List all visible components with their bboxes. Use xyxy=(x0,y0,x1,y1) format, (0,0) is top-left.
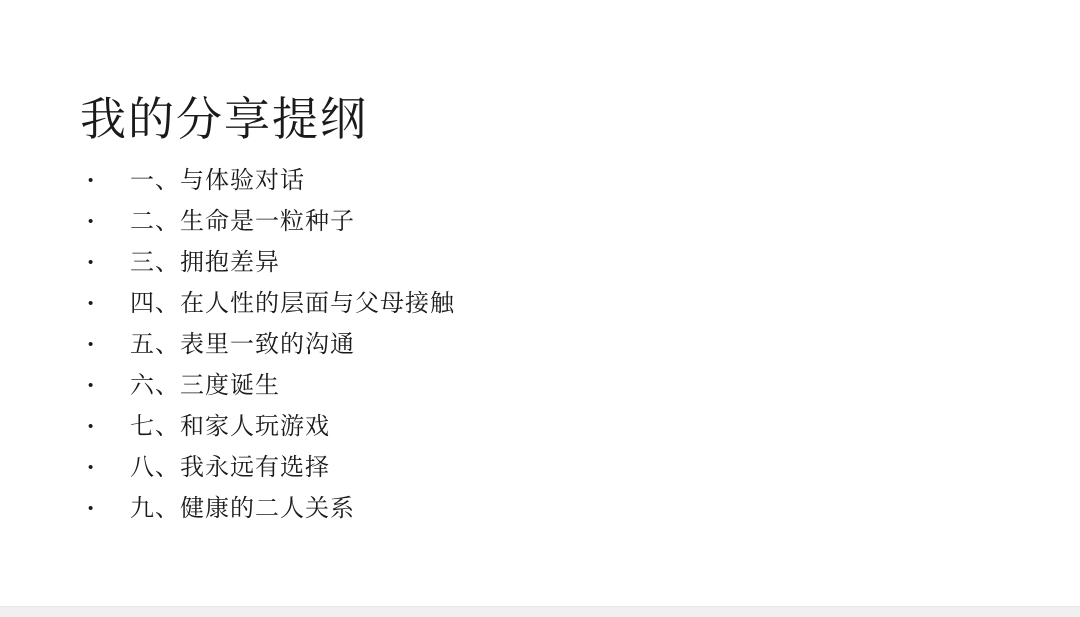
list-item-text: 九、健康的二人关系 xyxy=(130,488,355,529)
list-item-text: 八、我永远有选择 xyxy=(130,447,330,488)
slide-title: 我的分享提纲 xyxy=(80,83,368,149)
list-item: • 二、生命是一粒种子 xyxy=(88,201,455,242)
outline-list: • 一、与体验对话 • 二、生命是一粒种子 • 三、拥抱差异 • 四、在人性的层… xyxy=(88,160,455,529)
list-item: • 七、和家人玩游戏 xyxy=(88,406,455,447)
list-item: • 八、我永远有选择 xyxy=(88,447,455,488)
bullet-icon: • xyxy=(88,242,98,283)
bullet-icon: • xyxy=(88,283,98,324)
bullet-icon: • xyxy=(88,365,98,406)
list-item-text: 一、与体验对话 xyxy=(130,160,305,201)
bullet-icon: • xyxy=(88,406,98,447)
bullet-icon: • xyxy=(88,488,98,529)
bullet-icon: • xyxy=(88,160,98,201)
bullet-icon: • xyxy=(88,201,98,242)
list-item-text: 二、生命是一粒种子 xyxy=(130,201,355,242)
bullet-icon: • xyxy=(88,324,98,365)
list-item: • 四、在人性的层面与父母接触 xyxy=(88,283,455,324)
list-item: • 三、拥抱差异 xyxy=(88,242,455,283)
list-item: • 一、与体验对话 xyxy=(88,160,455,201)
list-item-text: 七、和家人玩游戏 xyxy=(130,406,330,447)
bottom-edge-strip xyxy=(0,606,1080,617)
list-item-text: 三、拥抱差异 xyxy=(130,242,280,283)
list-item: • 五、表里一致的沟通 xyxy=(88,324,455,365)
list-item-text: 四、在人性的层面与父母接触 xyxy=(130,283,455,324)
slide-canvas: 我的分享提纲 • 一、与体验对话 • 二、生命是一粒种子 • 三、拥抱差异 • … xyxy=(0,0,1080,606)
list-item-text: 六、三度诞生 xyxy=(130,365,280,406)
list-item-text: 五、表里一致的沟通 xyxy=(130,324,355,365)
list-item: • 九、健康的二人关系 xyxy=(88,488,455,529)
list-item: • 六、三度诞生 xyxy=(88,365,455,406)
bullet-icon: • xyxy=(88,447,98,488)
